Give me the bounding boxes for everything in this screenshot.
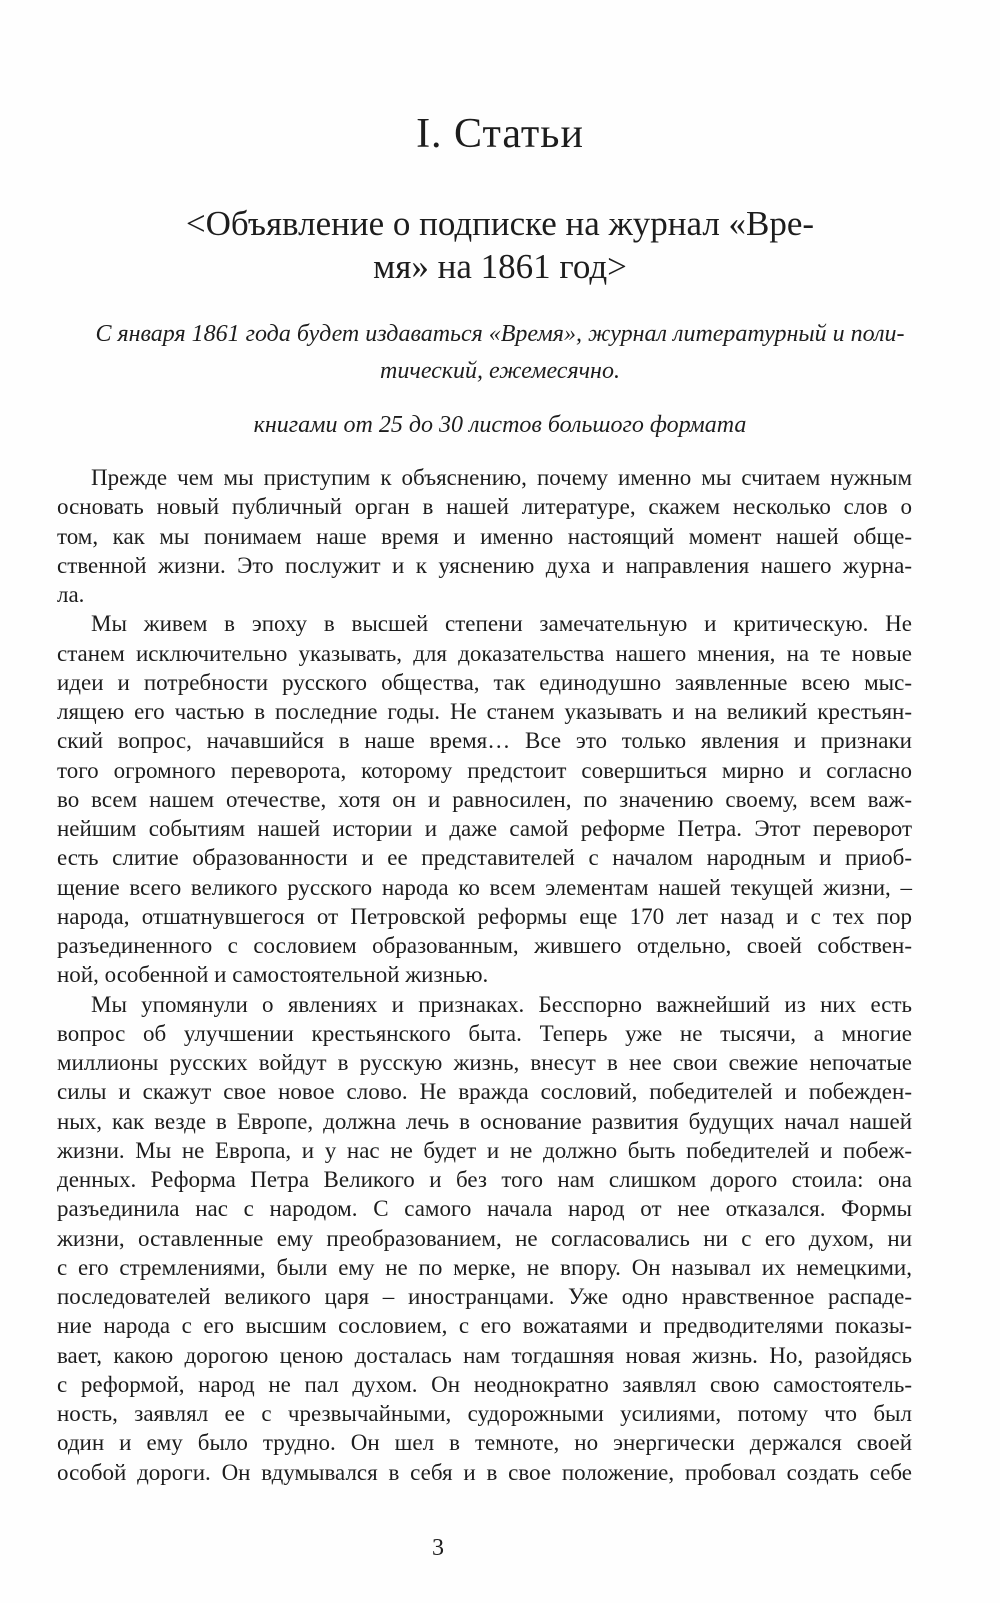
text-line: ский вопрос, начавшийся в наше время… Вс…: [57, 726, 912, 755]
paragraph: Мы упомянули о явлениях и признаках. Бес…: [57, 990, 912, 1487]
article-title: <Объявление о подписке на журнал «Вре- м…: [0, 202, 1000, 288]
text-line: лящею его частью в последние годы. Не ст…: [57, 697, 912, 726]
text-line: жизни. Мы не Европа, и у нас не будет и …: [57, 1136, 912, 1165]
text-line: с его стремлениями, были ему не по мерке…: [57, 1253, 912, 1282]
text-line: один и ему было трудно. Он шел в темноте…: [57, 1428, 912, 1457]
text-line: основать новый публичный орган в нашей л…: [57, 492, 912, 521]
section-title: I. Статьи: [0, 0, 1000, 158]
paragraph: Мы живем в эпоху в высшей степени замеча…: [57, 609, 912, 989]
format-note: книгами от 25 до 30 листов большого форм…: [0, 410, 1000, 440]
book-page: I. Статьи <Объявление о подписке на журн…: [0, 0, 1000, 1603]
text-line: во всем нашем отечестве, хотя он и равно…: [57, 785, 912, 814]
article-title-line: мя» на 1861 год>: [0, 245, 1000, 288]
text-line: особой дороги. Он вдумывался в себя и в …: [57, 1458, 912, 1487]
text-line: вает, какою дорогою ценою досталась нам …: [57, 1341, 912, 1370]
text-line: ность, заявлял ее с чрезвычайными, судор…: [57, 1399, 912, 1428]
text-line: щение всего великого русского народа ко …: [57, 873, 912, 902]
text-line: разъединила нас с народом. С самого нача…: [57, 1194, 912, 1223]
text-line: жизни, оставленные ему преобразованием, …: [57, 1224, 912, 1253]
body-text: Прежде чем мы приступим к объяснению, по…: [57, 463, 912, 1487]
text-line: Мы живем в эпоху в высшей степени замеча…: [57, 609, 912, 638]
text-line: ла.: [57, 580, 912, 609]
text-line: ных, как везде в Европе, должна лечь в о…: [57, 1107, 912, 1136]
text-line: с реформой, народ не пал духом. Он неодн…: [57, 1370, 912, 1399]
text-line: ние народа с его высшим сословием, с его…: [57, 1311, 912, 1340]
text-line: разъединенного с сословием образованным,…: [57, 931, 912, 960]
text-line: ной, особенной и самостоятельной жизнью.: [57, 960, 912, 989]
text-line: народа, отшатнувшегося от Петровской реф…: [57, 902, 912, 931]
text-line: станем исключительно указывать, для дока…: [57, 639, 912, 668]
epigraph-line: тический, ежемесячно.: [0, 353, 1000, 390]
text-line: том, как мы понимаем наше время и именно…: [57, 522, 912, 551]
text-line: силы и скажут свое новое слово. Не вражд…: [57, 1077, 912, 1106]
paragraph: Прежде чем мы приступим к объяснению, по…: [57, 463, 912, 609]
text-line: нейшим событиям нашей истории и даже сам…: [57, 814, 912, 843]
epigraph-line: С января 1861 года будет издаваться «Вре…: [0, 316, 1000, 353]
text-line: последователей великого царя – иностранц…: [57, 1282, 912, 1311]
text-line: идеи и потребности русского общества, та…: [57, 668, 912, 697]
text-line: вопрос об улучшении крестьянского быта. …: [57, 1019, 912, 1048]
text-line: денных. Реформа Петра Великого и без тог…: [57, 1165, 912, 1194]
text-line: Прежде чем мы приступим к объяснению, по…: [57, 463, 912, 492]
text-line: ственной жизни. Это послужит и к уяснени…: [57, 551, 912, 580]
text-line: миллионы русских войдут в русскую жизнь,…: [57, 1048, 912, 1077]
article-title-line: <Объявление о подписке на журнал «Вре-: [0, 202, 1000, 245]
page-number: 3: [0, 1533, 938, 1563]
text-line: Мы упомянули о явлениях и признаках. Бес…: [57, 990, 912, 1019]
epigraph: С января 1861 года будет издаваться «Вре…: [0, 316, 1000, 390]
text-line: есть слитие образованности и ее представ…: [57, 843, 912, 872]
text-line: того огромного переворота, которому пред…: [57, 756, 912, 785]
